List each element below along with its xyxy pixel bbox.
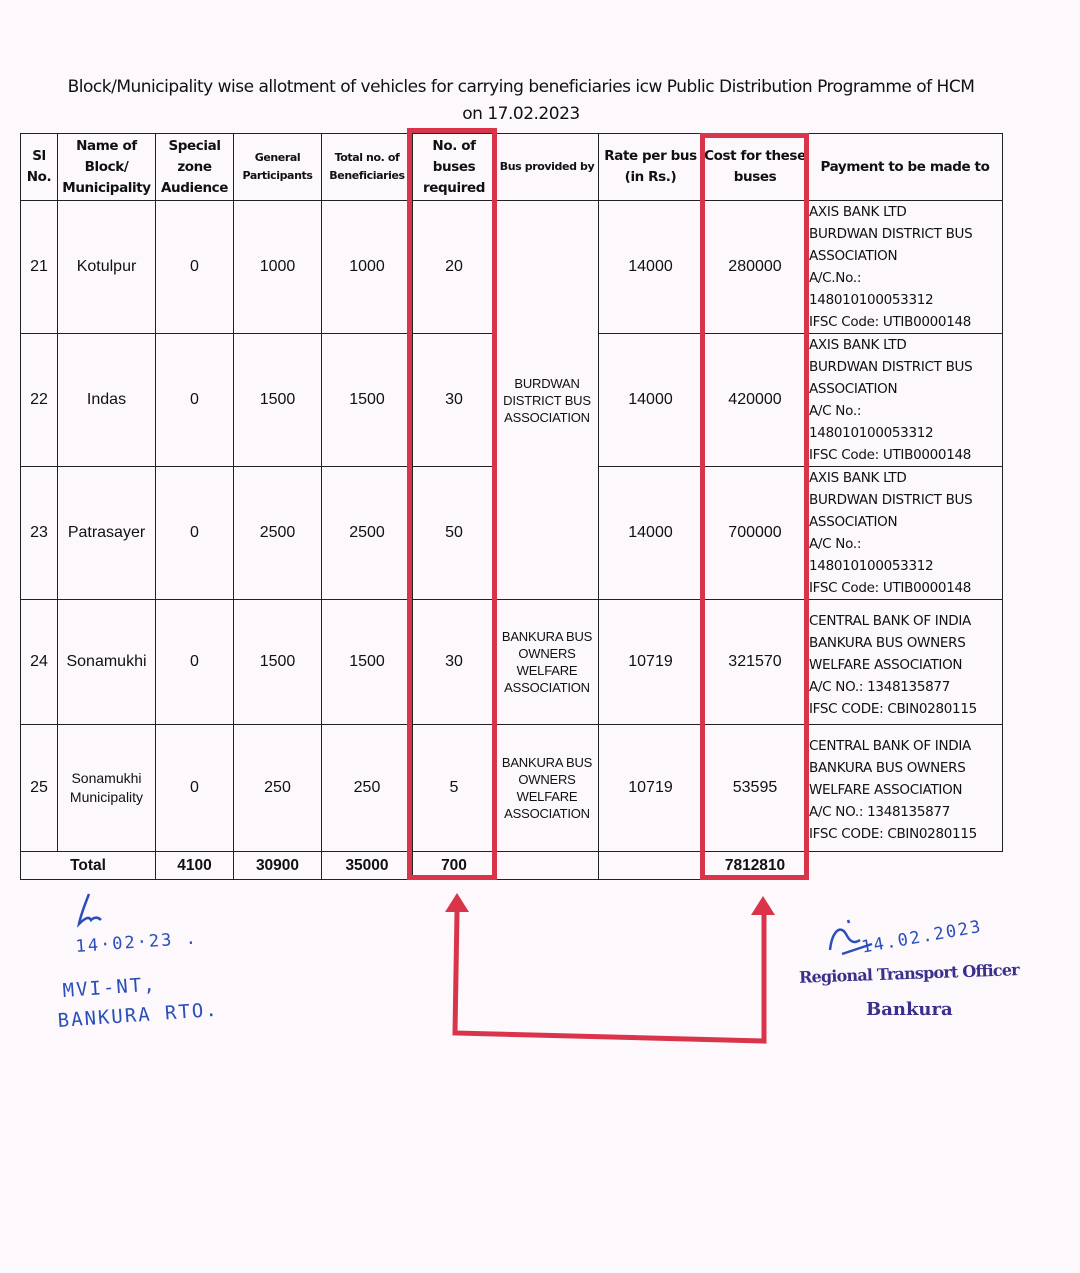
cell-sl: 23 (21, 467, 58, 600)
cell-buses: 5 (413, 725, 496, 852)
payment-line: ASSOCIATION (809, 378, 1002, 400)
payment-line: WELFARE ASSOCIATION (809, 654, 1002, 676)
cell-general: 1000 (234, 201, 322, 334)
payment-line: AXIS BANK LTD (809, 467, 1002, 489)
payment-line: IFSC CODE: CBIN0280115 (809, 698, 1002, 720)
payment-line: A/C No.: (809, 533, 1002, 555)
cell-cost: 53595 (703, 725, 808, 852)
cell-payment: CENTRAL BANK OF INDIABANKURA BUS OWNERSW… (808, 725, 1003, 852)
cell-name: Sonamukhi (58, 600, 156, 725)
cell-total: 1500 (322, 334, 413, 467)
payment-line: BURDWAN DISTRICT BUS (809, 223, 1002, 245)
cell-buses: 30 (413, 334, 496, 467)
left-signature-date: 14·02·23 . (75, 928, 198, 956)
cell-general: 1500 (234, 334, 322, 467)
cell-buses: 50 (413, 467, 496, 600)
header-special: Special zone Audience (156, 134, 234, 201)
allotment-table: Sl No. Name of Block/ Municipality Speci… (20, 133, 1003, 880)
payment-line: 148010100053312 (809, 422, 1002, 444)
total-payment-empty (808, 852, 1003, 880)
payment-line: A/C.No.: (809, 267, 1002, 289)
cell-general: 2500 (234, 467, 322, 600)
right-signature-date: 14.02.2023 (860, 917, 984, 958)
left-signature-designation: MVI-NT, (62, 973, 157, 1002)
payment-line: BANKURA BUS OWNERS (809, 757, 1002, 779)
cell-cost: 420000 (703, 334, 808, 467)
header-payment: Payment to be made to (808, 134, 1003, 201)
payment-line: 148010100053312 (809, 555, 1002, 577)
cell-special: 0 (156, 600, 234, 725)
header-name: Name of Block/ Municipality (58, 134, 156, 201)
payment-line: CENTRAL BANK OF INDIA (809, 610, 1002, 632)
cell-sl: 21 (21, 201, 58, 334)
cell-special: 0 (156, 725, 234, 852)
cell-provided-by-merged: BURDWAN DISTRICT BUS ASSOCIATION (496, 201, 599, 600)
cell-total: 1000 (322, 201, 413, 334)
cell-cost: 280000 (703, 201, 808, 334)
payment-line: BURDWAN DISTRICT BUS (809, 489, 1002, 511)
cell-payment: AXIS BANK LTDBURDWAN DISTRICT BUSASSOCIA… (808, 334, 1003, 467)
cell-buses: 30 (413, 600, 496, 725)
cell-payment: AXIS BANK LTDBURDWAN DISTRICT BUSASSOCIA… (808, 201, 1003, 334)
rto-stamp-title: Regional Transport Officer (799, 960, 1019, 987)
total-rate-empty (599, 852, 703, 880)
payment-line: IFSC Code: UTIB0000148 (809, 444, 1002, 466)
total-beneficiaries: 35000 (322, 852, 413, 880)
payment-line: A/C No.: (809, 400, 1002, 422)
cell-cost: 321570 (703, 600, 808, 725)
header-sl-no: Sl No. (21, 134, 58, 201)
payment-line: BURDWAN DISTRICT BUS (809, 356, 1002, 378)
header-buses: No. of buses required (413, 134, 496, 201)
cell-general: 1500 (234, 600, 322, 725)
table-row: 25 Sonamukhi Municipality 0 250 250 5 BA… (21, 725, 1003, 852)
cell-total: 2500 (322, 467, 413, 600)
cell-buses: 20 (413, 201, 496, 334)
total-buses: 700 (413, 852, 496, 880)
header-row: Sl No. Name of Block/ Municipality Speci… (21, 134, 1003, 201)
cell-rate: 14000 (599, 467, 703, 600)
payment-line: IFSC CODE: CBIN0280115 (809, 823, 1002, 845)
total-cost: 7812810 (703, 852, 808, 880)
document-date: on 17.02.2023 (10, 104, 1032, 124)
payment-line: ASSOCIATION (809, 245, 1002, 267)
total-general: 30900 (234, 852, 322, 880)
cell-sl: 22 (21, 334, 58, 467)
total-special: 4100 (156, 852, 234, 880)
total-row: Total 4100 30900 35000 700 7812810 (21, 852, 1003, 880)
cell-provided-by: BANKURA BUS OWNERS WELFARE ASSOCIATION (496, 725, 599, 852)
cell-rate: 14000 (599, 201, 703, 334)
rto-stamp-location: Bankura (866, 999, 953, 1020)
header-general: General Participants (234, 134, 322, 201)
cell-total: 250 (322, 725, 413, 852)
payment-line: WELFARE ASSOCIATION (809, 779, 1002, 801)
cell-special: 0 (156, 334, 234, 467)
cell-name: Indas (58, 334, 156, 467)
signature-left-icon (75, 890, 115, 930)
payment-line: 148010100053312 (809, 289, 1002, 311)
header-total-beneficiaries: Total no. of Beneficiaries (322, 134, 413, 201)
table-row: 21 Kotulpur 0 1000 1000 20 BURDWAN DISTR… (21, 201, 1003, 334)
cell-general: 250 (234, 725, 322, 852)
header-provided-by: Bus provided by (496, 134, 599, 201)
total-provided-empty (496, 852, 599, 880)
payment-line: AXIS BANK LTD (809, 334, 1002, 356)
cell-sl: 25 (21, 725, 58, 852)
cell-total: 1500 (322, 600, 413, 725)
header-rate: Rate per bus (in Rs.) (599, 134, 703, 201)
cell-special: 0 (156, 467, 234, 600)
payment-line: AXIS BANK LTD (809, 201, 1002, 223)
cell-provided-by: BANKURA BUS OWNERS WELFARE ASSOCIATION (496, 600, 599, 725)
cell-name: Patrasayer (58, 467, 156, 600)
payment-line: IFSC Code: UTIB0000148 (809, 577, 1002, 599)
payment-line: A/C NO.: 1348135877 (809, 676, 1002, 698)
cell-rate: 10719 (599, 600, 703, 725)
cell-payment: CENTRAL BANK OF INDIABANKURA BUS OWNERSW… (808, 600, 1003, 725)
payment-line: A/C NO.: 1348135877 (809, 801, 1002, 823)
table-row: 24 Sonamukhi 0 1500 1500 30 BANKURA BUS … (21, 600, 1003, 725)
cell-name: Sonamukhi Municipality (58, 725, 156, 852)
payment-line: IFSC Code: UTIB0000148 (809, 311, 1002, 333)
left-signature-office: BANKURA RTO. (57, 999, 219, 1032)
cell-name: Kotulpur (58, 201, 156, 334)
payment-line: BANKURA BUS OWNERS (809, 632, 1002, 654)
cell-sl: 24 (21, 600, 58, 725)
cell-rate: 14000 (599, 334, 703, 467)
payment-line: ASSOCIATION (809, 511, 1002, 533)
cell-special: 0 (156, 201, 234, 334)
cell-rate: 10719 (599, 725, 703, 852)
header-cost: Cost for these buses (703, 134, 808, 201)
total-label: Total (21, 852, 156, 880)
document-title: Block/Municipality wise allotment of veh… (10, 77, 1032, 97)
cell-cost: 700000 (703, 467, 808, 600)
cell-payment: AXIS BANK LTDBURDWAN DISTRICT BUSASSOCIA… (808, 467, 1003, 600)
payment-line: CENTRAL BANK OF INDIA (809, 735, 1002, 757)
